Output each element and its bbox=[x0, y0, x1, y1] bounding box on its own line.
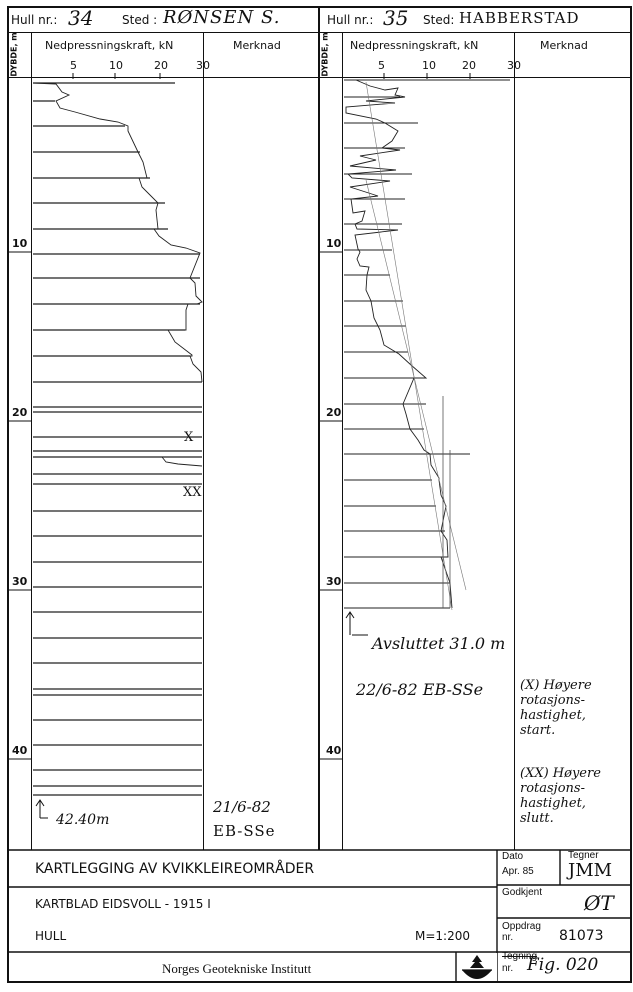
right-remark-2: (XX) Høyere rotasjons- hastighet, slutt. bbox=[520, 766, 601, 826]
godkjent-value: ØT bbox=[584, 891, 614, 915]
dato-value: Apr. 85 bbox=[502, 866, 534, 877]
left-marker-xx: XX bbox=[183, 485, 202, 500]
oppdrag-value: 81073 bbox=[559, 928, 604, 944]
title-block-institute: Norges Geotekniske Institutt bbox=[162, 961, 311, 977]
left-rod-lines bbox=[33, 83, 202, 795]
left-remark-sign: EB-SSe bbox=[213, 822, 275, 840]
title-block-subject: HULL bbox=[35, 929, 66, 943]
right-end-note: Avsluttet 31.0 m bbox=[372, 634, 505, 653]
right-remark-1: (X) Høyere rotasjons- hastighet, start. bbox=[520, 678, 592, 738]
title-block-title: KARTLEGGING AV KVIKKLEIREOMRÅDER bbox=[35, 861, 314, 877]
dato-label: Dato bbox=[502, 851, 523, 862]
tegning-nr-value: Fig. 020 bbox=[527, 955, 598, 975]
godkjent-label: Godkjent bbox=[502, 887, 542, 898]
title-block-map-sheet: KARTBLAD EIDSVOLL - 1915 I bbox=[35, 897, 211, 911]
title-block-scale: M=1:200 bbox=[415, 929, 470, 943]
tegner-value: JMM bbox=[568, 860, 612, 881]
left-marker-x: X bbox=[184, 430, 193, 445]
left-force-trace bbox=[33, 83, 202, 382]
right-rod-lines bbox=[344, 80, 510, 608]
sounding-plots bbox=[0, 0, 633, 992]
right-date-note: 22/6-82 EB-SSe bbox=[356, 680, 483, 699]
oppdrag-label: Oppdrag nr. bbox=[502, 921, 538, 943]
left-remark-date: 21/6-82 bbox=[213, 798, 271, 816]
tegning-nr-label: nr. bbox=[502, 963, 513, 974]
right-force-trace bbox=[346, 80, 452, 608]
left-end-note: 42.40m bbox=[56, 812, 109, 828]
ngi-logo bbox=[457, 953, 497, 981]
